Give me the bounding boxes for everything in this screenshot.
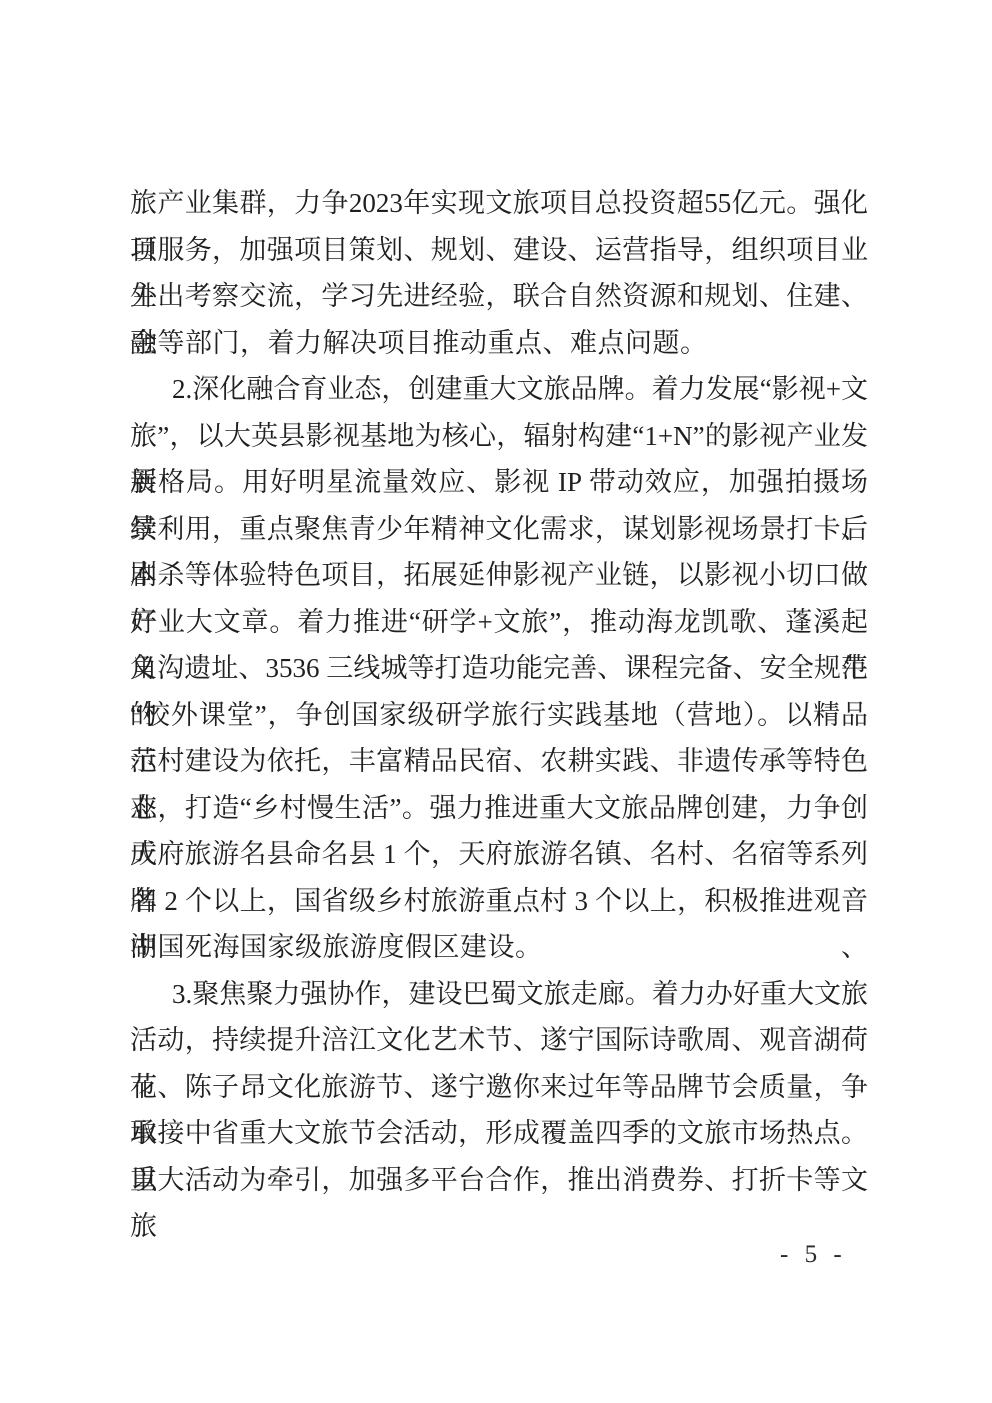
- text-line: 活动，持续提升涪江文化艺术节、遂宁国际诗歌周、观音湖荷花: [130, 1017, 868, 1064]
- text-line: 天府旅游名县命名县 1 个，天府旅游名镇、名村、名宿等系列名: [130, 831, 868, 878]
- text-line: 续利用，重点聚焦青少年精神文化需求，谋划影视场景打卡、剧: [130, 506, 868, 553]
- text-line: 旅”，以大英县影视基地为核心，辐射构建“1+N”的影视产业发展: [130, 413, 868, 460]
- text-line: 态，打造“乡村慢生活”。强力推进重大文旅品牌创建，力争创成: [130, 785, 868, 832]
- text-line: 本杀等体验特色项目，拓展延伸影视产业链，以影视小切口做好: [130, 552, 868, 599]
- text-line: 新格局。用好明星流量效应、影视 IP 带动效应，加强拍摄场景后: [130, 459, 868, 506]
- page-number: - 5 -: [780, 1240, 847, 1270]
- text-line: 2.深化融合育业态，创建重大文旅品牌。着力发展“影视+文: [130, 366, 868, 413]
- text-line: 重大活动为牵引，加强多平台合作，推出消费券、打折卡等文旅: [130, 1157, 868, 1204]
- text-line: 外出考察交流，学习先进经验，联合自然资源和规划、住建、金: [130, 273, 868, 320]
- text-line: 融等部门，着力解决项目推动重点、难点问题。: [130, 320, 868, 367]
- text-line: 节、陈子昂文化旅游节、遂宁邀你来过年等品牌节会质量，争取: [130, 1064, 868, 1111]
- text-line: “校外课堂”，争创国家级研学旅行实践基地（营地）。以精品示: [130, 692, 868, 739]
- text-line: 产业大文章。着力推进“研学+文旅”，推动海龙凯歌、蓬溪起义牛: [130, 599, 868, 646]
- text-line: 3.聚焦聚力强协作，建设巴蜀文旅走廊。着力办好重大文旅: [130, 971, 868, 1018]
- text-line: 范村建设为依托，丰富精品民宿、农耕实践、非遗传承等特色业: [130, 738, 868, 785]
- document-page: 旅产业集群，力争2023年实现文旅项目总投资超55亿元。强化项目服务，加强项目策…: [0, 0, 992, 1403]
- document-body: 旅产业集群，力争2023年实现文旅项目总投资超55亿元。强化项目服务，加强项目策…: [130, 180, 868, 1203]
- text-line: 目服务，加强项目策划、规划、建设、运营指导，组织项目业主: [130, 227, 868, 274]
- text-line: 角沟遗址、3536 三线城等打造功能完善、课程完备、安全规范的: [130, 645, 868, 692]
- text-line: 牌 2 个以上，国省级乡村旅游重点村 3 个以上，积极推进观音湖、: [130, 878, 868, 925]
- text-line: 旅产业集群，力争2023年实现文旅项目总投资超55亿元。强化项: [130, 180, 868, 227]
- text-line: 承接中省重大文旅节会活动，形成覆盖四季的文旅市场热点。以: [130, 1110, 868, 1157]
